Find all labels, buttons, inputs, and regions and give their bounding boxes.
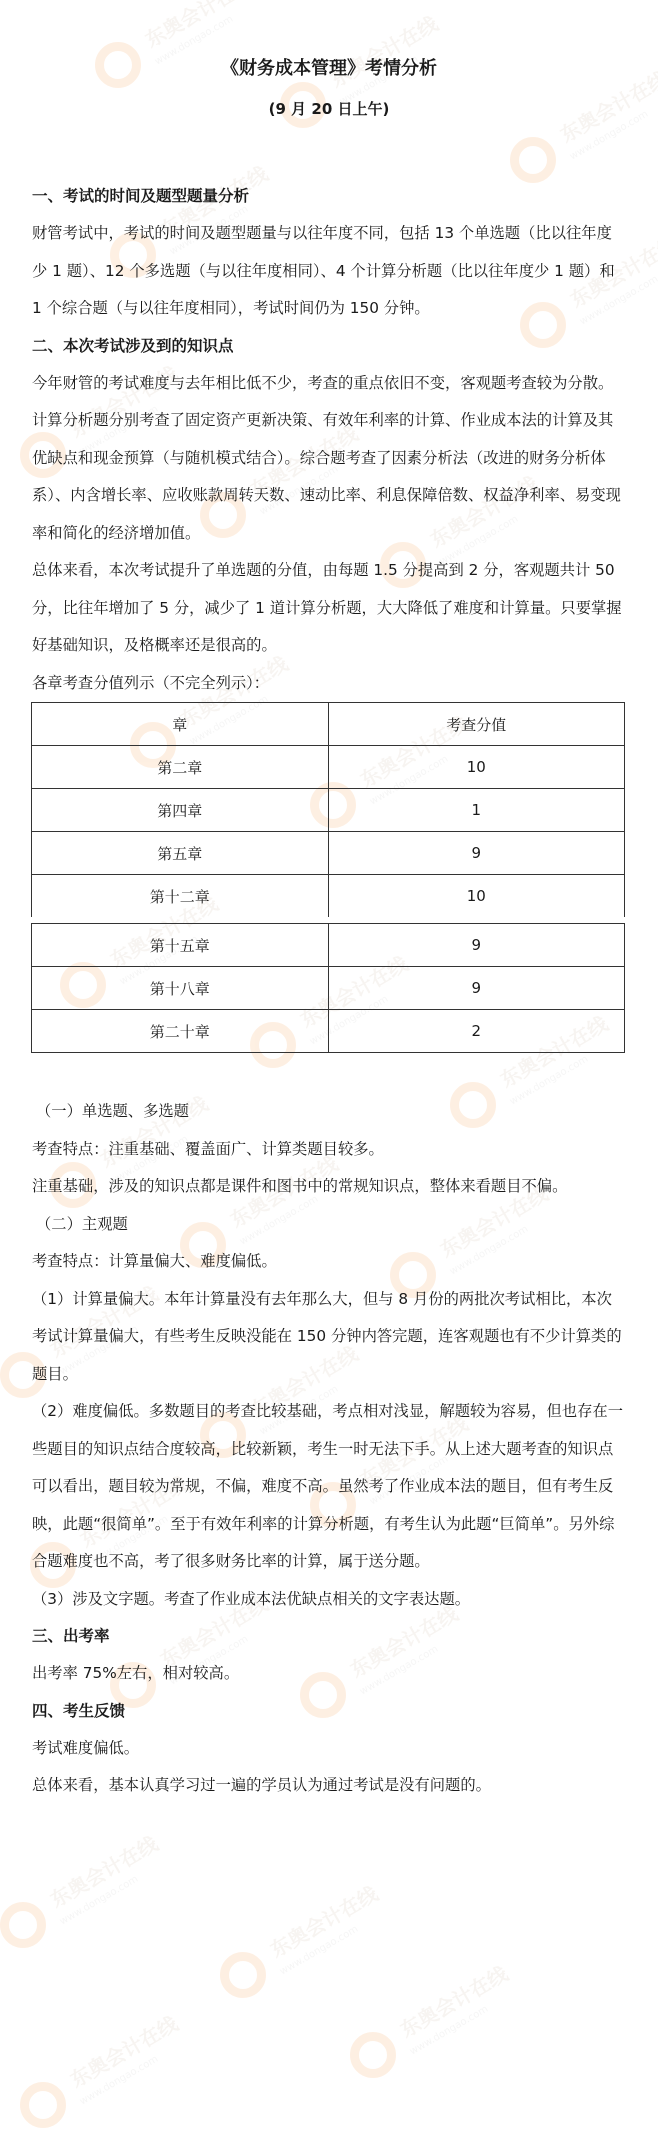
paragraph: 今年财管的考试难度与去年相比低不少，考查的重点依旧不变，客观题考查较为分散。计算…: [32, 365, 627, 553]
document-title: 《财务成本管理》考情分析: [0, 54, 658, 80]
subsection-heading: （一）单选题、多选题: [32, 1093, 627, 1131]
paragraph: 考试难度偏低。: [32, 1730, 627, 1768]
paragraph: 出考率 75%左右，相对较高。: [32, 1655, 627, 1693]
chapter-cell: 第十八章: [32, 967, 329, 1010]
paragraph: （2）难度偏低。多数题目的考查比较基础，考点相对浅显，解题较为容易，但也存在一些…: [32, 1393, 627, 1581]
watermark-logo-icon: 东奥会计在线www.dongao.com: [220, 1930, 370, 2020]
paragraph: 注重基础，涉及的知识点都是课件和图书中的常规知识点，整体来看题目不偏。: [32, 1168, 627, 1206]
paragraph: 总体来看，本次考试提升了单选题的分值，由每题 1.5 分提高到 2 分，客观题共…: [32, 552, 627, 665]
table-row: 第十五章 9: [32, 924, 625, 967]
chapter-cell: 第二十章: [32, 1010, 329, 1053]
table-row: 第五章 9: [32, 832, 625, 875]
paragraph: 财管考试中，考试的时间及题型题量与以往年度不同，包括 13 个单选题（比以往年度…: [32, 215, 627, 328]
section-heading: 一、考试的时间及题型题量分析: [32, 178, 627, 215]
paragraph: 考查特点：注重基础、覆盖面广、计算类题目较多。: [32, 1131, 627, 1169]
table-row: 第二十章 2: [32, 1010, 625, 1053]
score-cell: 1: [328, 789, 625, 832]
chapter-cell: 第二章: [32, 746, 329, 789]
score-cell: 10: [328, 746, 625, 789]
chapter-cell: 第四章: [32, 789, 329, 832]
table-row: 第二章 10: [32, 746, 625, 789]
score-cell: 10: [328, 875, 625, 918]
score-cell: 9: [328, 832, 625, 875]
paragraph: 总体来看，基本认真学习过一遍的学员认为通过考试是没有问题的。: [32, 1767, 627, 1805]
table-header-row: 章 考查分值: [32, 703, 625, 746]
paragraph: （1）计算量偏大。本年计算量没有去年那么大，但与 8 月份的两批次考试相比，本次…: [32, 1281, 627, 1394]
watermark-logo-icon: 东奥会计在线www.dongao.com: [350, 2010, 500, 2100]
score-cell: 9: [328, 924, 625, 967]
document-subtitle: (9 月 20 日上午): [0, 98, 658, 119]
chapter-score-table: 章 考查分值 第二章 10 第四章 1 第五章 9 第十二章 10: [31, 702, 625, 917]
paragraph: （3）涉及文字题。考查了作业成本法优缺点相关的文字表达题。: [32, 1581, 627, 1619]
table-row: 第十二章 10: [32, 875, 625, 918]
chapter-cell: 第十二章: [32, 875, 329, 918]
score-cell: 9: [328, 967, 625, 1010]
subsection-heading: （二）主观题: [32, 1206, 627, 1244]
chapter-cell: 第五章: [32, 832, 329, 875]
paragraph: 考查特点：计算量偏大、难度偏低。: [32, 1243, 627, 1281]
table-row: 第十八章 9: [32, 967, 625, 1010]
watermark-logo-icon: 东奥会计在线www.dongao.com: [0, 1880, 150, 1970]
document-body: 一、考试的时间及题型题量分析 财管考试中，考试的时间及题型题量与以往年度不同，包…: [32, 178, 627, 1805]
chapter-score-table-continued: 第十五章 9 第十八章 9 第二十章 2: [31, 923, 625, 1053]
column-header-score: 考查分值: [328, 703, 625, 746]
table-row: 第四章 1: [32, 789, 625, 832]
section-heading: 二、本次考试涉及到的知识点: [32, 328, 627, 365]
score-cell: 2: [328, 1010, 625, 1053]
section-heading: 四、考生反馈: [32, 1693, 627, 1730]
section-heading: 三、出考率: [32, 1618, 627, 1655]
table-caption: 各章考查分值列示（不完全列示）：: [32, 665, 627, 703]
column-header-chapter: 章: [32, 703, 329, 746]
watermark-logo-icon: 东奥会计在线www.dongao.com: [20, 2060, 170, 2145]
chapter-cell: 第十五章: [32, 924, 329, 967]
